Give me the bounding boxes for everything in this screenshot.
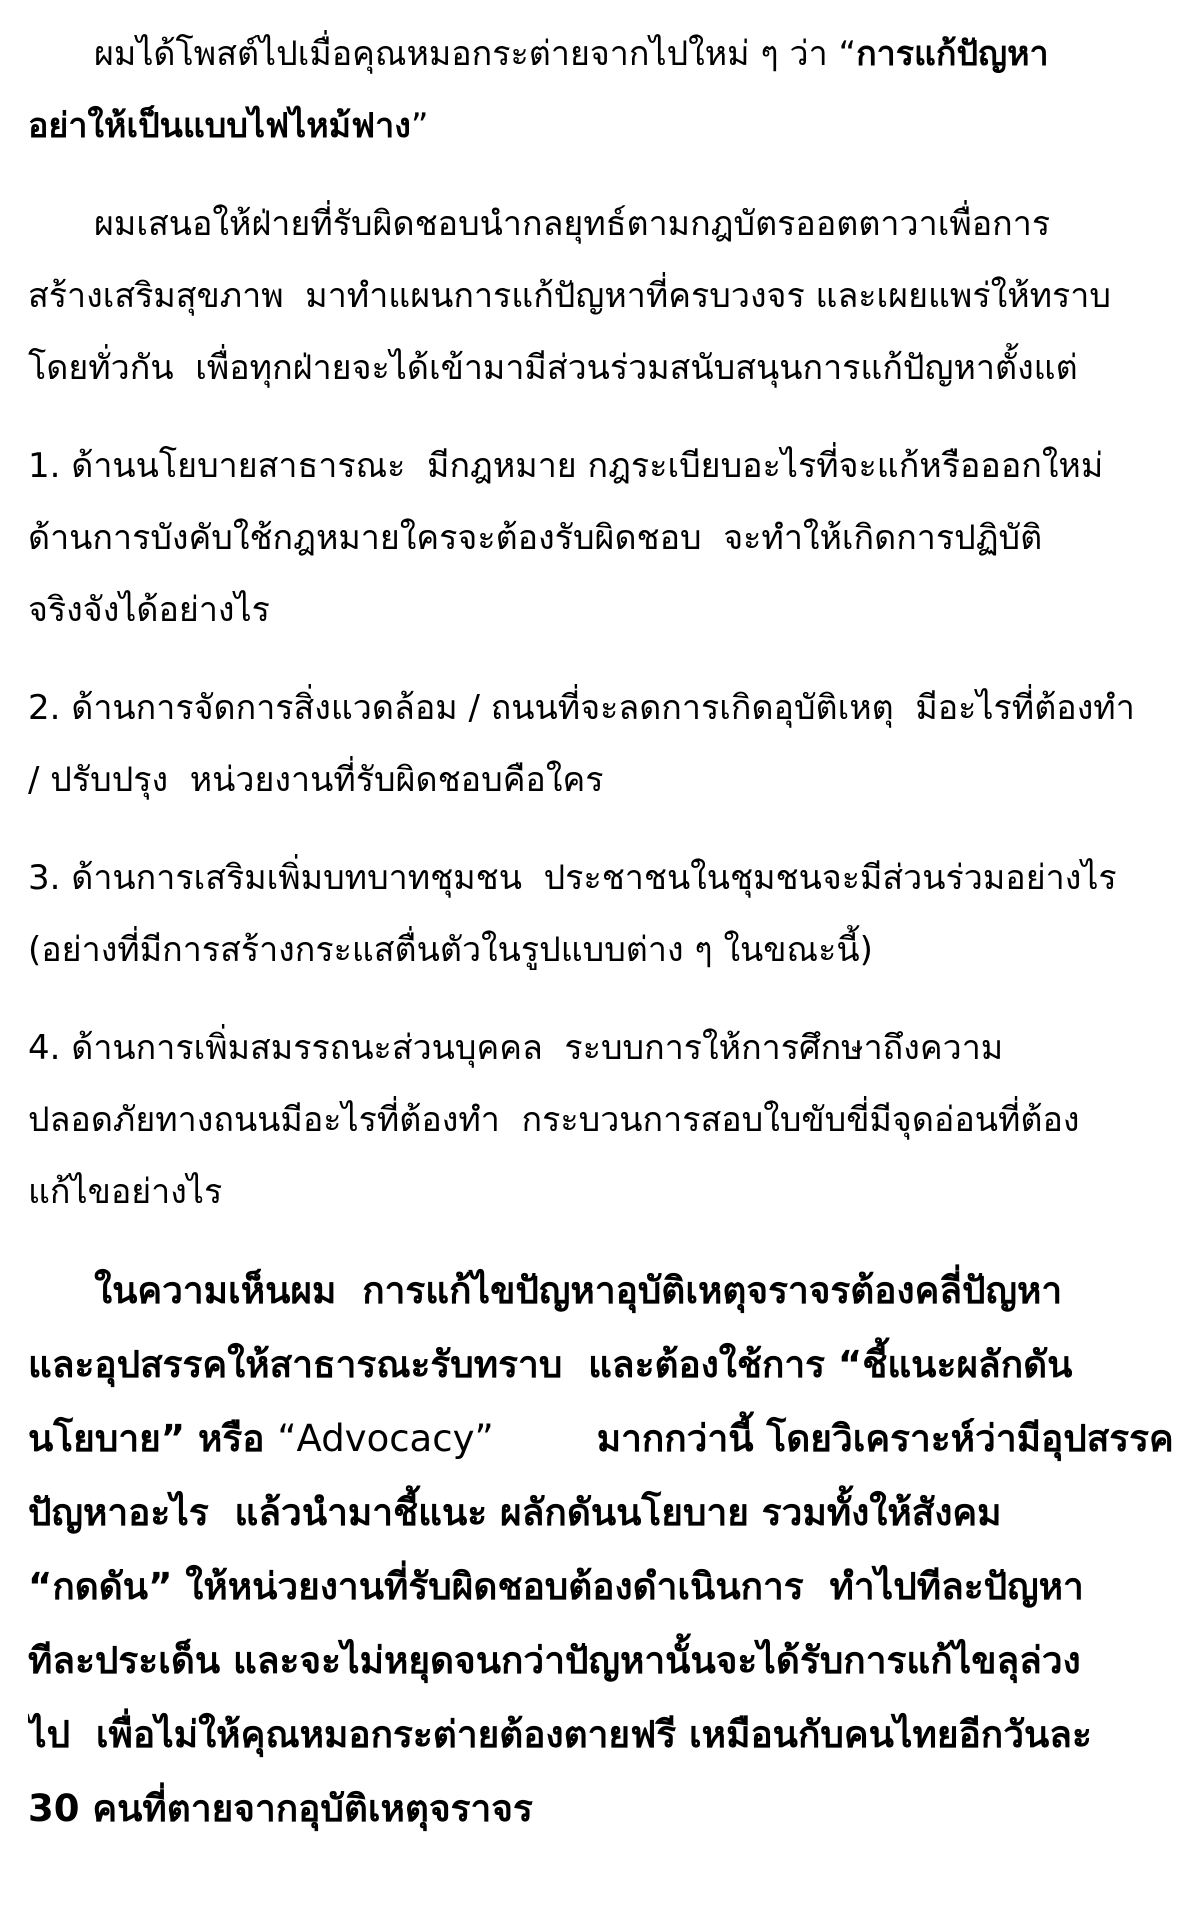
bold-text-run: อย่าให้เป็นแบบไฟไหม้ฟาง	[28, 106, 411, 146]
text-line: แก้ไขอย่างไร	[28, 1156, 1172, 1228]
text-line: 3. ด้านการเสริมเพิ่มบทบาทชุมชน ประชาชนใน…	[28, 842, 1172, 914]
text-line: นโยบาย” หรือ “Advocacy” มากกว่านี้ โดยวิ…	[28, 1402, 1172, 1476]
text-run: โดยทั่วกัน เพื่อทุกฝ่ายจะได้เข้ามามีส่วน…	[28, 348, 1078, 388]
text-run: 3. ด้านการเสริมเพิ่มบทบาทชุมชน ประชาชนใน…	[28, 858, 1117, 898]
text-run: 4. ด้านการเพิ่มสมรรถนะส่วนบุคคล ระบบการใ…	[28, 1028, 1003, 1068]
text-run: ด้านการบังคับใช้กฎหมายใครจะต้องรับผิดชอบ…	[28, 518, 1042, 558]
text-run: ผมได้โพสต์ไปเมื่อคุณหมอกระต่ายจากไปใหม่ …	[94, 34, 856, 74]
text-run: ”	[411, 106, 429, 146]
text-line: / ปรับปรุง หน่วยงานที่รับผิดชอบคือใคร	[28, 744, 1172, 816]
text-line: ทีละประเด็น และจะไม่หยุดจนกว่าปัญหานั้นจ…	[28, 1624, 1172, 1698]
list-item-3-community: 3. ด้านการเสริมเพิ่มบทบาทชุมชน ประชาชนใน…	[28, 842, 1172, 986]
text-line: และอุปสรรคให้สาธารณะรับทราบ และต้องใช้กา…	[28, 1328, 1172, 1402]
bold-text-run: “กดดัน” ให้หน่วยงานที่รับผิดชอบต้องดำเนิ…	[28, 1565, 1084, 1608]
text-line: ในความเห็นผม การแก้ไขปัญหาอุบัติเหตุจราจ…	[28, 1254, 1172, 1328]
text-line: 30 คนที่ตายจากอุบัติเหตุจราจร	[28, 1772, 1172, 1846]
text-run: สร้างเสริมสุขภาพ มาทำแผนการแก้ปัญหาที่คร…	[28, 276, 1111, 316]
bold-text-run: การแก้ปัญหา	[856, 34, 1049, 74]
text-line: ด้านการบังคับใช้กฎหมายใครจะต้องรับผิดชอบ…	[28, 502, 1172, 574]
paragraph-list: ผมได้โพสต์ไปเมื่อคุณหมอกระต่ายจากไปใหม่ …	[28, 18, 1172, 1846]
bold-text-run: มากกว่านี้ โดยวิเคราะห์ว่ามีอุปสรรค	[494, 1417, 1172, 1460]
bold-text-run: ปัญหาอะไร แล้วนำมาชี้แนะ ผลักดันนโยบาย ร…	[28, 1491, 1002, 1534]
text-line: สร้างเสริมสุขภาพ มาทำแผนการแก้ปัญหาที่คร…	[28, 260, 1172, 332]
list-item-1-public-policy: 1. ด้านนโยบายสาธารณะ มีกฎหมาย กฎระเบียบอ…	[28, 430, 1172, 646]
bold-text-run: ทีละประเด็น และจะไม่หยุดจนกว่าปัญหานั้นจ…	[28, 1639, 1081, 1682]
text-line: 2. ด้านการจัดการสิ่งแวดล้อม / ถนนที่จะลด…	[28, 672, 1172, 744]
text-line: ผมเสนอให้ฝ่ายที่รับผิดชอบนำกลยุทธ์ตามกฎบ…	[28, 188, 1172, 260]
paragraph-opinion: ในความเห็นผม การแก้ไขปัญหาอุบัติเหตุจราจ…	[28, 1254, 1172, 1846]
bold-text-run: นโยบาย” หรือ	[28, 1417, 277, 1460]
list-item-2-environment: 2. ด้านการจัดการสิ่งแวดล้อม / ถนนที่จะลด…	[28, 672, 1172, 816]
document-page: ผมได้โพสต์ไปเมื่อคุณหมอกระต่ายจากไปใหม่ …	[0, 0, 1200, 1912]
text-line: ไป เพื่อไม่ให้คุณหมอกระต่ายต้องตายฟรี เห…	[28, 1698, 1172, 1772]
text-line: ผมได้โพสต์ไปเมื่อคุณหมอกระต่ายจากไปใหม่ …	[28, 18, 1172, 90]
text-run: (อย่างที่มีการสร้างกระแสตื่นตัวในรูปแบบต…	[28, 930, 873, 970]
text-line: “กดดัน” ให้หน่วยงานที่รับผิดชอบต้องดำเนิ…	[28, 1550, 1172, 1624]
paragraph-intro: ผมได้โพสต์ไปเมื่อคุณหมอกระต่ายจากไปใหม่ …	[28, 18, 1172, 162]
text-line: อย่าให้เป็นแบบไฟไหม้ฟาง”	[28, 90, 1172, 162]
bold-text-run: และอุปสรรคให้สาธารณะรับทราบ และต้องใช้กา…	[28, 1343, 1072, 1386]
text-line: โดยทั่วกัน เพื่อทุกฝ่ายจะได้เข้ามามีส่วน…	[28, 332, 1172, 404]
text-line: (อย่างที่มีการสร้างกระแสตื่นตัวในรูปแบบต…	[28, 914, 1172, 986]
text-run: ผมเสนอให้ฝ่ายที่รับผิดชอบนำกลยุทธ์ตามกฎบ…	[94, 204, 1050, 244]
text-line: จริงจังได้อย่างไร	[28, 574, 1172, 646]
text-line: ปัญหาอะไร แล้วนำมาชี้แนะ ผลักดันนโยบาย ร…	[28, 1476, 1172, 1550]
paragraph-proposal: ผมเสนอให้ฝ่ายที่รับผิดชอบนำกลยุทธ์ตามกฎบ…	[28, 188, 1172, 404]
list-item-4-personal-capacity: 4. ด้านการเพิ่มสมรรถนะส่วนบุคคล ระบบการใ…	[28, 1012, 1172, 1228]
text-run: แก้ไขอย่างไร	[28, 1172, 222, 1212]
bold-text-run: 30 คนที่ตายจากอุบัติเหตุจราจร	[28, 1787, 533, 1830]
text-run: จริงจังได้อย่างไร	[28, 590, 270, 630]
text-line: 1. ด้านนโยบายสาธารณะ มีกฎหมาย กฎระเบียบอ…	[28, 430, 1172, 502]
text-run: 2. ด้านการจัดการสิ่งแวดล้อม / ถนนที่จะลด…	[28, 688, 1135, 728]
bold-text-run: ในความเห็นผม การแก้ไขปัญหาอุบัติเหตุจราจ…	[94, 1269, 1062, 1312]
text-line: 4. ด้านการเพิ่มสมรรถนะส่วนบุคคล ระบบการใ…	[28, 1012, 1172, 1084]
text-run: / ปรับปรุง หน่วยงานที่รับผิดชอบคือใคร	[28, 760, 603, 800]
text-line: ปลอดภัยทางถนนมีอะไรที่ต้องทำ กระบวนการสอ…	[28, 1084, 1172, 1156]
text-run: 1. ด้านนโยบายสาธารณะ มีกฎหมาย กฎระเบียบอ…	[28, 446, 1103, 486]
bold-text-run: ไป เพื่อไม่ให้คุณหมอกระต่ายต้องตายฟรี เห…	[28, 1713, 1092, 1756]
text-run: ปลอดภัยทางถนนมีอะไรที่ต้องทำ กระบวนการสอ…	[28, 1100, 1080, 1140]
text-run: “Advocacy”	[277, 1417, 493, 1460]
